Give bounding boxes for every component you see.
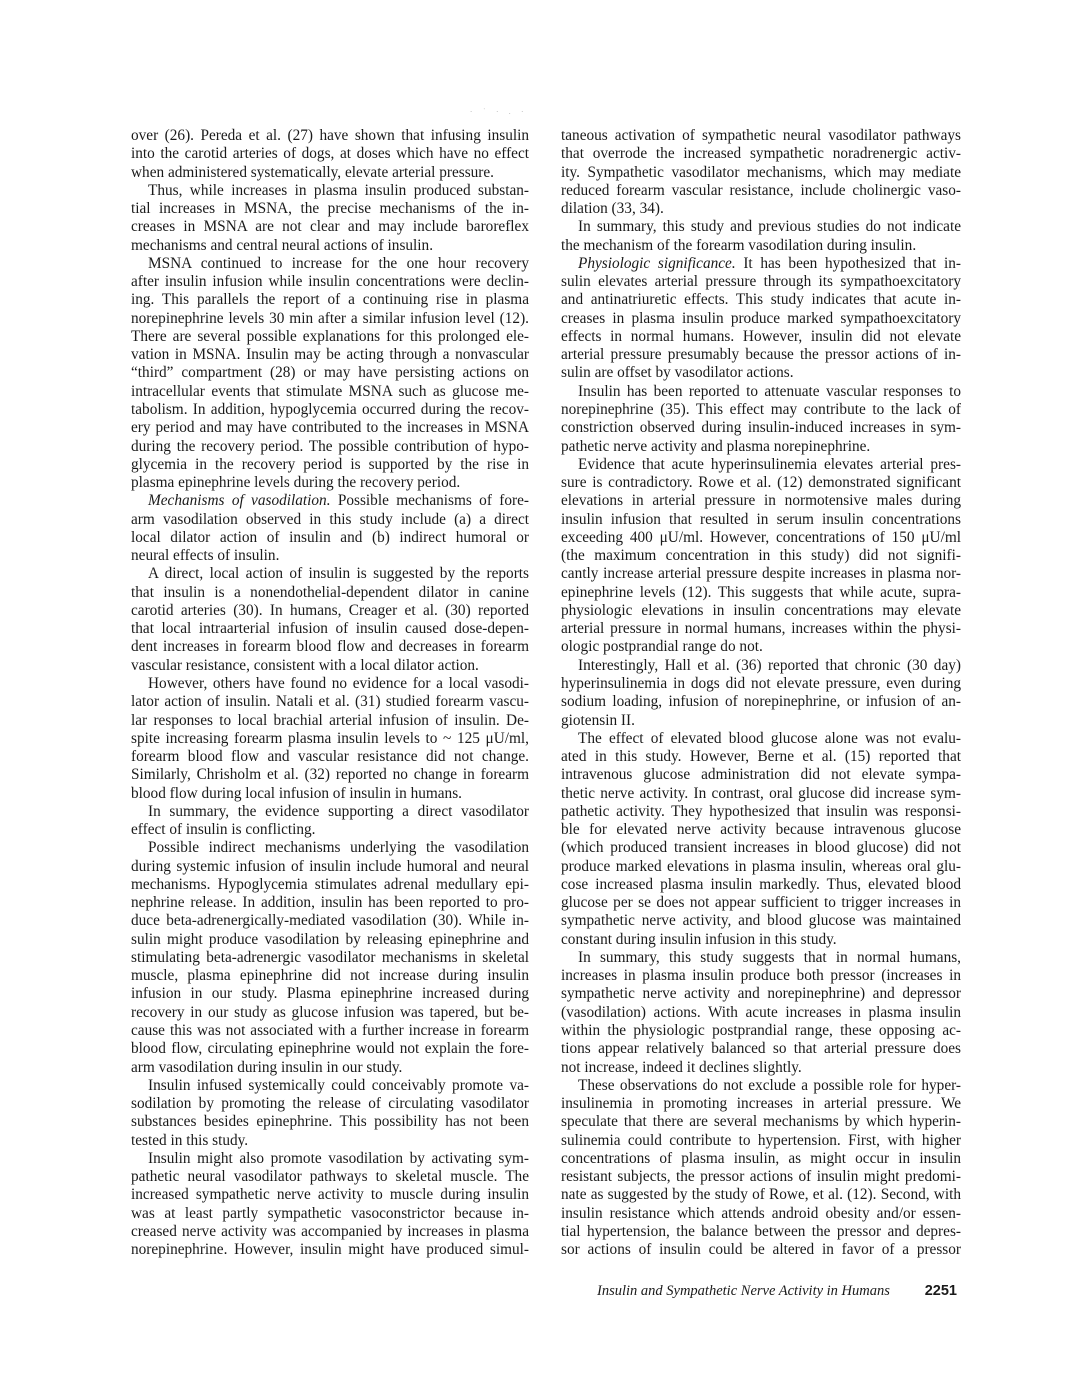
text-line: effects in normal humans. However, insul…: [561, 328, 961, 346]
text-line: epinephrine levels (12). This suggests t…: [561, 584, 961, 602]
text-line: pathetic neural vasodilator pathways to …: [131, 1168, 529, 1186]
text-line: nate as suggested by the study of Rowe, …: [561, 1186, 961, 1204]
text-line: intravenous glucose administration did n…: [561, 766, 961, 784]
text-line: Mechanisms of vasodilation. Possible mec…: [131, 492, 529, 510]
text-line: speculate that there are several mechani…: [561, 1113, 961, 1131]
text-line: infusion in our study. Plasma epinephrin…: [131, 985, 529, 1003]
text-line: (which produced transient increases in b…: [561, 839, 961, 857]
text-line: muscle, plasma epinephrine did not incre…: [131, 967, 529, 985]
text-line: local dilator action of insulin and (b) …: [131, 529, 529, 547]
text-line: norepinephrine (35). This effect may con…: [561, 401, 961, 419]
section-heading: Physiologic significance.: [578, 255, 736, 272]
text-line: dent increases in forearm blood flow and…: [131, 638, 529, 656]
text-line: exceeding 400 μU/ml. However, concentrat…: [561, 529, 961, 547]
text-line: Similarly, Chrisholm et al. (32) reporte…: [131, 766, 529, 784]
text-line: and antinatriuretic effects. This study …: [561, 291, 961, 309]
text-line: mechanisms. Hypoglycemia stimulates adre…: [131, 876, 529, 894]
text-line: insulinemia in promoting increases in ar…: [561, 1095, 961, 1113]
text-line: The effect of elevated blood glucose alo…: [561, 730, 961, 748]
text-line: tial increases in MSNA, the precise mech…: [131, 200, 529, 218]
text-line: Physiologic significance. It has been hy…: [561, 255, 961, 273]
text-line: cantly increase arterial pressure despit…: [561, 565, 961, 583]
text-line: ing. This parallels the report of a cont…: [131, 291, 529, 309]
text-line: Interestingly, Hall et al. (36) reported…: [561, 657, 961, 675]
text-line: MSNA continued to increase for the one h…: [131, 255, 529, 273]
text-line: insulin resistance which attends android…: [561, 1205, 961, 1223]
text-line: Evidence that acute hyperinsulinemia ele…: [561, 456, 961, 474]
text-line: thetic nerve activity. In contrast, oral…: [561, 785, 961, 803]
running-title: Insulin and Sympathetic Nerve Activity i…: [597, 1283, 890, 1300]
right-column: taneous activation of sympathetic neural…: [561, 127, 961, 1259]
text-line: forearm blood flow and vascular resistan…: [131, 748, 529, 766]
left-column: over (26). Pereda et al. (27) have shown…: [131, 127, 529, 1259]
text-line: elevations in arterial pressure in normo…: [561, 492, 961, 510]
text-line: was at least partly sympathetic vasocons…: [131, 1205, 529, 1223]
text-line: after insulin infusion while insulin con…: [131, 273, 529, 291]
text-line: lar responses to local brachial arterial…: [131, 712, 529, 730]
text-line: over (26). Pereda et al. (27) have shown…: [131, 127, 529, 145]
text-line: tions appear relatively balanced so that…: [561, 1040, 961, 1058]
text-line: spite increasing forearm plasma insulin …: [131, 730, 529, 748]
document-page: · ˙ · . · over (26). Pereda et al. (27) …: [0, 0, 1065, 1381]
text-line: arm vasodilation during insulin in our s…: [131, 1059, 529, 1077]
text-line: sympathetic nerve activity and norepinep…: [561, 985, 961, 1003]
text-line: sodilation by promoting the release of c…: [131, 1095, 529, 1113]
text-line: ery period and may have contributed to t…: [131, 419, 529, 437]
text-line: lator action of insulin. Natali et al. (…: [131, 693, 529, 711]
text-line: tial hypertension, the balance between t…: [561, 1223, 961, 1241]
text-line: that local intraarterial infusion of ins…: [131, 620, 529, 638]
text-line: tabolism. In addition, hypoglycemia occu…: [131, 401, 529, 419]
text-line: within the physiologic postprandial rang…: [561, 1022, 961, 1040]
text-line: Thus, while increases in plasma insulin …: [131, 182, 529, 200]
text-line: sulin might produce vasodilation by rele…: [131, 931, 529, 949]
text-line: produce marked elevations in plasma insu…: [561, 858, 961, 876]
text-line: blood flow, circulating epinephrine woul…: [131, 1040, 529, 1058]
text-line: recovery in our study as glucose infusio…: [131, 1004, 529, 1022]
text-line: sure is contradictory. Rowe et al. (12) …: [561, 474, 961, 492]
text-line: pathetic activity. They hypothesized tha…: [561, 803, 961, 821]
text-line: insulin infusion that resulted in serum …: [561, 511, 961, 529]
text-line: Insulin might also promote vasodilation …: [131, 1150, 529, 1168]
text-line: In summary, this study suggests that in …: [561, 949, 961, 967]
page-number: 2251: [925, 1283, 957, 1299]
text-line: creases in plasma insulin produce marked…: [561, 310, 961, 328]
text-line: effect of insulin is conflicting.: [131, 821, 529, 839]
text-line: giotensin II.: [561, 712, 961, 730]
text-line: “third” compartment (28) or may have per…: [131, 364, 529, 382]
scan-artifact: · ˙ · . ·: [470, 108, 540, 114]
text-line: sympathetic nerve activity, and blood gl…: [561, 912, 961, 930]
text-line: A direct, local action of insulin is sug…: [131, 565, 529, 583]
text-line: that insulin is a nonendothelial-depende…: [131, 584, 529, 602]
text-line: substances besides epinephrine. This pos…: [131, 1113, 529, 1131]
text-line: There are several possible explanations …: [131, 328, 529, 346]
text-line: neural effects of insulin.: [131, 547, 529, 565]
page-footer: Insulin and Sympathetic Nerve Activity i…: [561, 1283, 959, 1303]
text-line: stimulating beta-adrenergic vasodilator …: [131, 949, 529, 967]
text-line: blood flow during local infusion of insu…: [131, 785, 529, 803]
text-line: into the carotid arteries of dogs, at do…: [131, 145, 529, 163]
text-line: These observations do not exclude a poss…: [561, 1077, 961, 1095]
text-line: In summary, this study and previous stud…: [561, 218, 961, 236]
text-line: when administered systematically, elevat…: [131, 164, 529, 182]
text-line: increased sympathetic nerve activity to …: [131, 1186, 529, 1204]
text-line: the mechanism of the forearm vasodilatio…: [561, 237, 961, 255]
text-line: vation in MSNA. Insulin may be acting th…: [131, 346, 529, 364]
text-line: carotid arteries (30). In humans, Creage…: [131, 602, 529, 620]
text-line: vascular resistance, consistent with a l…: [131, 657, 529, 675]
text-line: norepinephrine. However, insulin might h…: [131, 1241, 529, 1259]
text-line: ity. Sympathetic vasodilator mechanisms,…: [561, 164, 961, 182]
text-line: Possible indirect mechanisms underlying …: [131, 839, 529, 857]
text-line: Insulin has been reported to attenuate v…: [561, 383, 961, 401]
text-line: (vasodilation) actions. With acute incre…: [561, 1004, 961, 1022]
text-line: cause this was not associated with a fur…: [131, 1022, 529, 1040]
text-line: taneous activation of sympathetic neural…: [561, 127, 961, 145]
text-line: sodium loading, infusion of norepinephri…: [561, 693, 961, 711]
text-line: arterial pressure presumably because the…: [561, 346, 961, 364]
text-line: physiologic elevations in insulin concen…: [561, 602, 961, 620]
text-line: sulinemia could contribute to hypertensi…: [561, 1132, 961, 1150]
text-line: Insulin infused systemically could conce…: [131, 1077, 529, 1095]
text-line: pathetic nerve activity and plasma norep…: [561, 438, 961, 456]
text-line: cose increased plasma insulin markedly. …: [561, 876, 961, 894]
text-line: creases in MSNA are not clear and may in…: [131, 218, 529, 236]
text-line: increases in plasma insulin produce both…: [561, 967, 961, 985]
text-line: that overrode the increased sympathetic …: [561, 145, 961, 163]
text-line: However, others have found no evidence f…: [131, 675, 529, 693]
text-line: arm vasodilation observed in this study …: [131, 511, 529, 529]
text-line: not increase, indeed it declines slightl…: [561, 1059, 961, 1077]
text-line: nephrine release. In addition, insulin h…: [131, 894, 529, 912]
text-line: creased nerve activity was accompanied b…: [131, 1223, 529, 1241]
text-line: norepinephrine levels 30 min after a sim…: [131, 310, 529, 328]
text-line: ated in this study. However, Berne et al…: [561, 748, 961, 766]
text-line: In summary, the evidence supporting a di…: [131, 803, 529, 821]
text-line: glycemia in the recovery period is suppo…: [131, 456, 529, 474]
text-line: ologic postprandial range do not.: [561, 638, 961, 656]
text-line: constant during insulin infusion in this…: [561, 931, 961, 949]
section-heading: Mechanisms of vasodilation.: [148, 492, 331, 509]
text-line: (the maximum concentration in this study…: [561, 547, 961, 565]
text-line: during the recovery period. The possible…: [131, 438, 529, 456]
text-line: tested in this study.: [131, 1132, 529, 1150]
text-line: ble for elevated nerve activity because …: [561, 821, 961, 839]
text-line: concentrations of plasma insulin, as mig…: [561, 1150, 961, 1168]
text-line: glucose per se does not appear sufficien…: [561, 894, 961, 912]
text-line: duce beta-adrenergically-mediated vasodi…: [131, 912, 529, 930]
text-line: mechanisms and central neural actions of…: [131, 237, 529, 255]
text-line: reduced forearm vascular resistance, inc…: [561, 182, 961, 200]
text-line: arterial pressure in normal humans, incr…: [561, 620, 961, 638]
text-line: intracellular events that stimulate MSNA…: [131, 383, 529, 401]
text-line: resistant subjects, the pressor actions …: [561, 1168, 961, 1186]
text-line: sor actions of insulin could be altered …: [561, 1241, 961, 1259]
text-line: plasma epinephrine levels during the rec…: [131, 474, 529, 492]
text-line: sulin elevates arterial pressure through…: [561, 273, 961, 291]
text-line: during systemic infusion of insulin incl…: [131, 858, 529, 876]
text-line: sulin are offset by vasodilator actions.: [561, 364, 961, 382]
text-line: dilation (33, 34).: [561, 200, 961, 218]
text-line: hyperinsulinemia in dogs did not elevate…: [561, 675, 961, 693]
text-line: constriction observed during insulin-ind…: [561, 419, 961, 437]
